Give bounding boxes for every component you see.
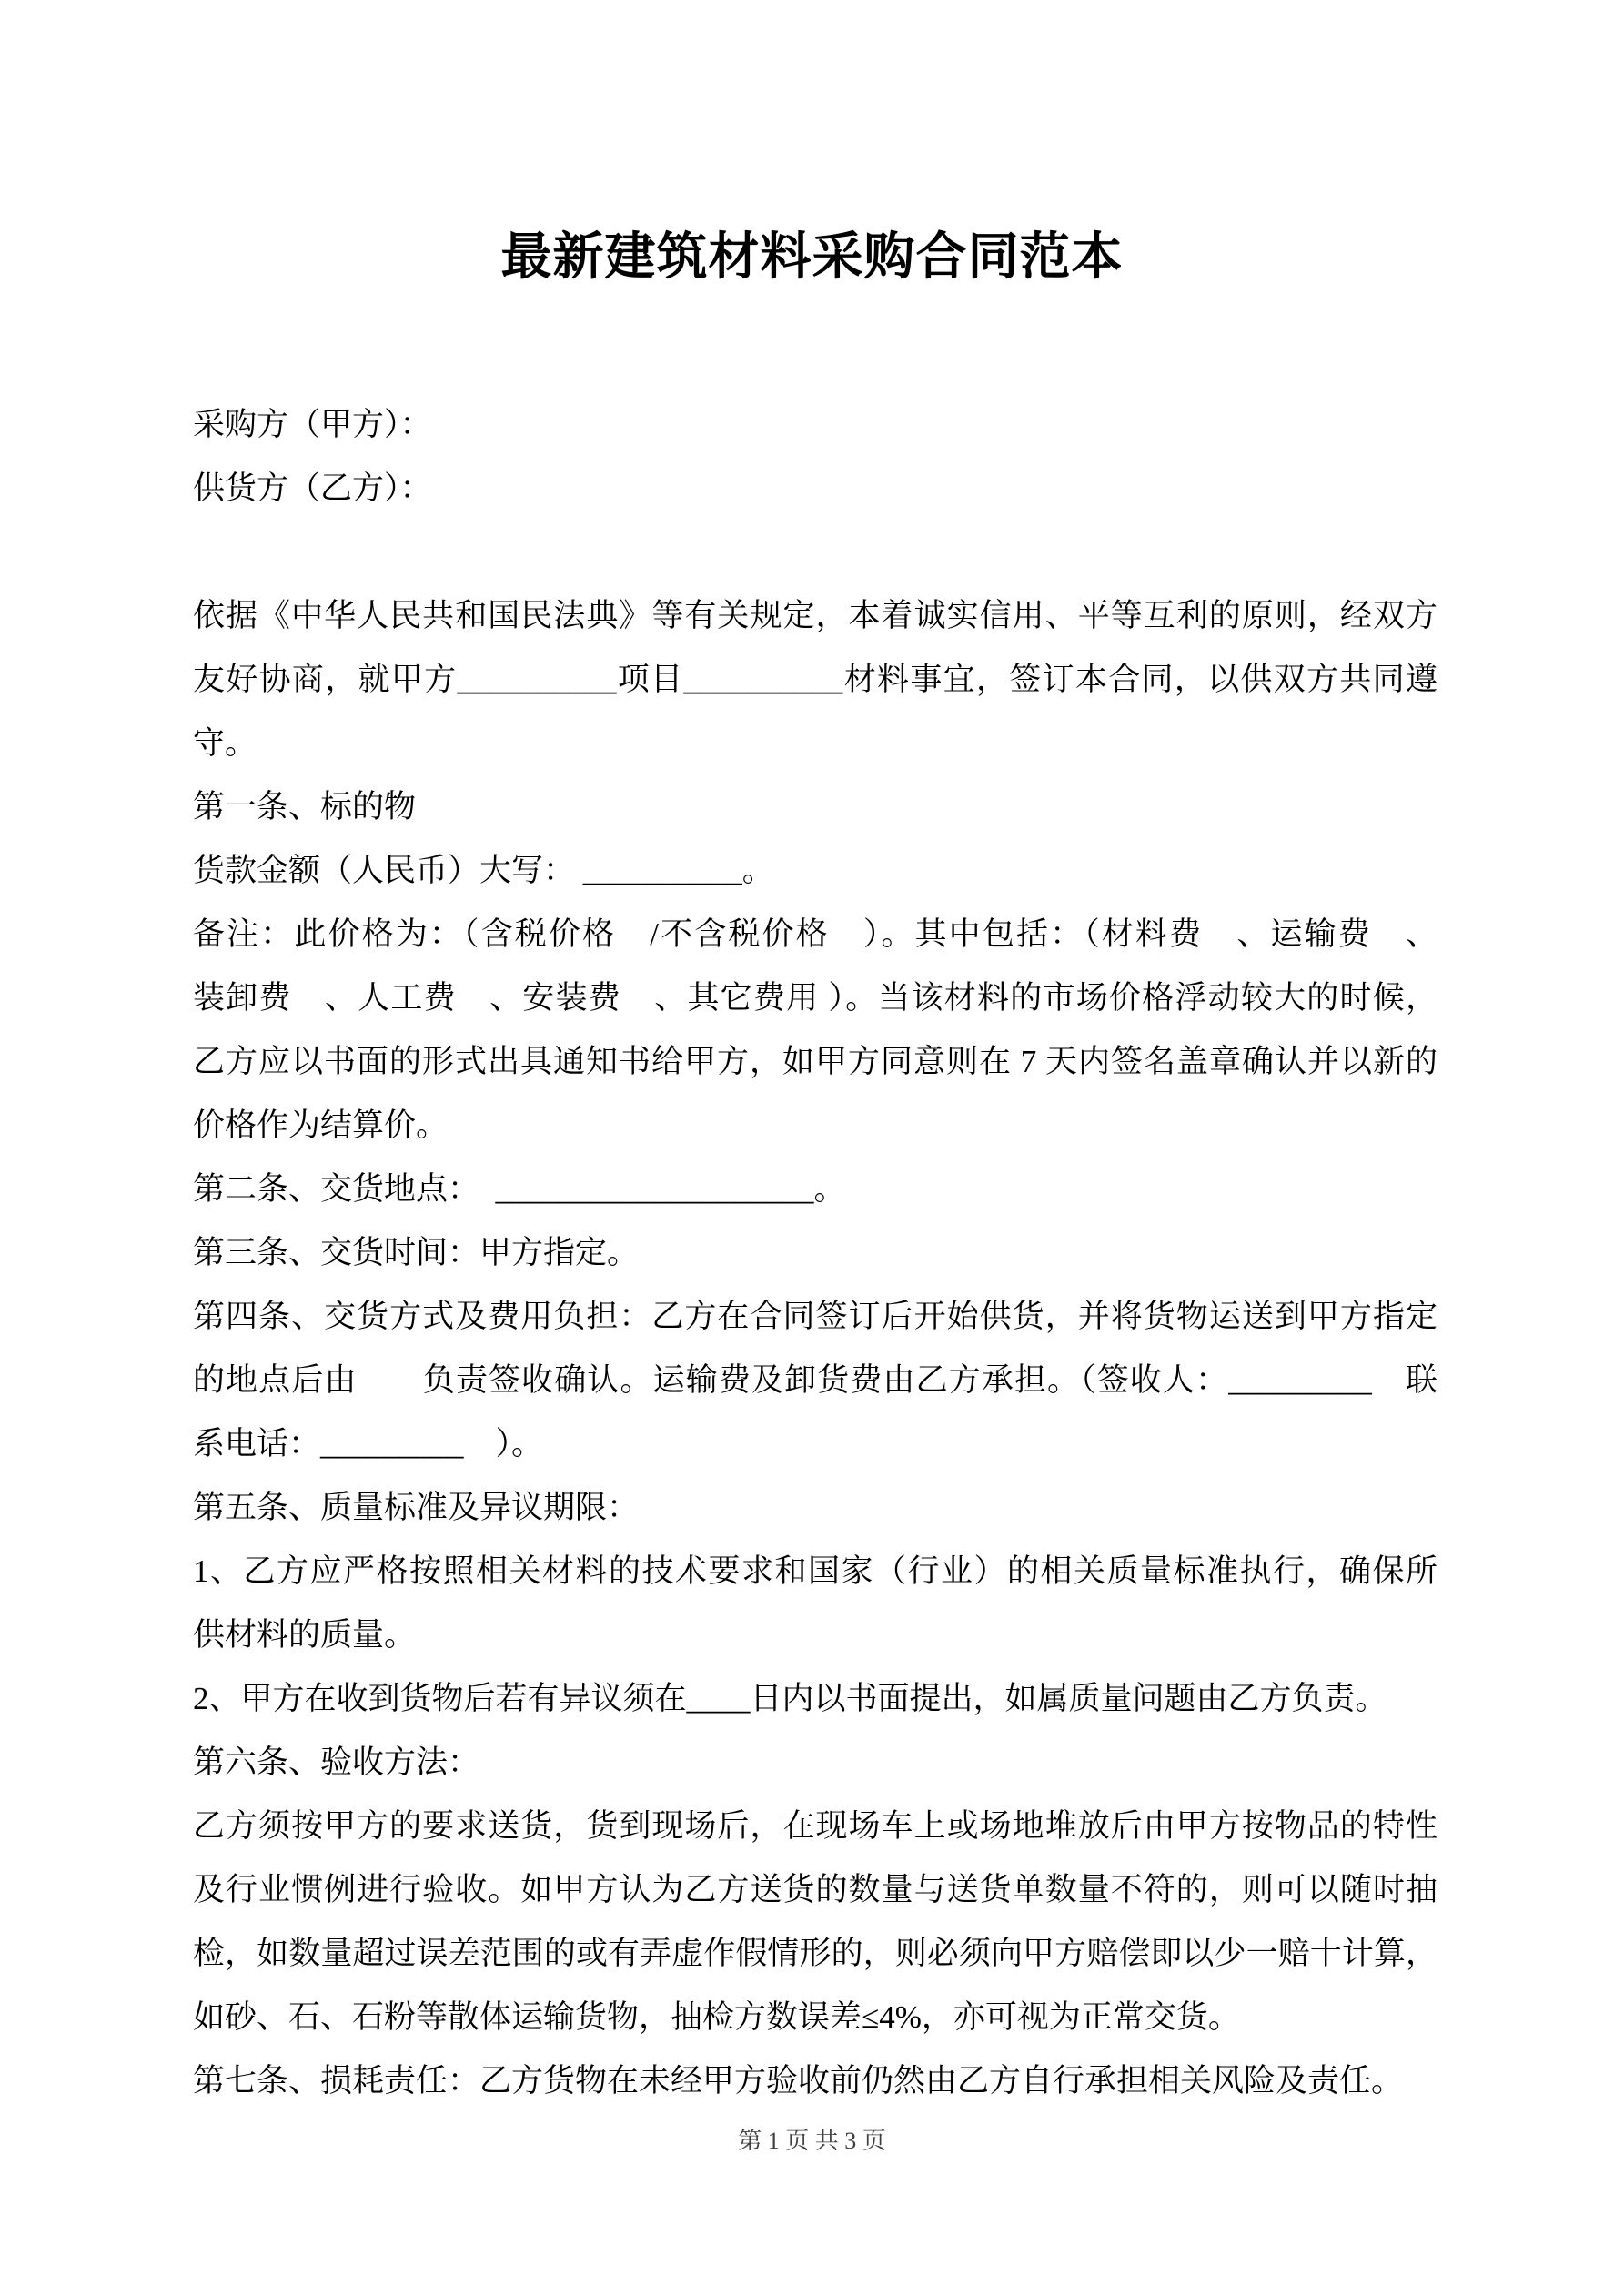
payment-amount-line: 货款金额（人民币）大写： __________。	[193, 839, 1437, 903]
preamble-line-3: 守。	[193, 712, 1437, 775]
price-note-line-3: 乙方应以书面的形式出具通知书给甲方，如甲方同意则在 7 天内签名盖章确认并以新的	[193, 1030, 1437, 1094]
clause-6-body-line-4: 如砂、石、石粉等散体运输货物，抽检方数误差≤4%，亦可视为正常交货。	[193, 1986, 1437, 2049]
clause-5-heading: 第五条、质量标准及异议期限：	[193, 1476, 1437, 1540]
clause-5-item-1-line-2: 供材料的质量。	[193, 1603, 1437, 1667]
party-a-label: 采购方（甲方）：	[193, 393, 1437, 457]
document-title: 最新建筑材料采购合同范本	[0, 0, 1624, 286]
party-b-label: 供货方（乙方）：	[193, 457, 1437, 521]
preamble-line-2: 友好协商，就甲方__________项目__________材料事宜，签订本合同…	[193, 648, 1437, 712]
clause-6-heading: 第六条、验收方法：	[193, 1731, 1437, 1795]
contract-body: 采购方（甲方）： 供货方（乙方）： 依据《中华人民共和国民法典》等有关规定，本着…	[193, 393, 1437, 2113]
blank-line	[193, 521, 1437, 584]
price-note-line-1: 备注：此价格为：（含税价格 /不含税价格 ）。其中包括：（材料费 、运输费 、	[193, 903, 1437, 966]
preamble-line-1: 依据《中华人民共和国民法典》等有关规定，本着诚实信用、平等互利的原则，经双方	[193, 584, 1437, 648]
clause-6-body-line-3: 检，如数量超过误差范围的或有弄虚作假情形的，则必须向甲方赔偿即以少一赔十计算，	[193, 1922, 1437, 1986]
clause-3-delivery-time: 第三条、交货时间：甲方指定。	[193, 1221, 1437, 1285]
clause-6-body-line-1: 乙方须按甲方的要求送货，货到现场后，在现场车上或场地堆放后由甲方按物品的特性	[193, 1795, 1437, 1858]
price-note-line-2: 装卸费 、人工费 、安装费 、其它费用 ）。当该材料的市场价格浮动较大的时候，	[193, 966, 1437, 1030]
clause-2-delivery-place: 第二条、交货地点： ____________________。	[193, 1158, 1437, 1221]
clause-7-line: 第七条、损耗责任：乙方货物在未经甲方验收前仍然由乙方自行承担相关风险及责任。	[193, 2049, 1437, 2113]
clause-6-body-line-2: 及行业惯例进行验收。如甲方认为乙方送货的数量与送货单数量不符的，则可以随时抽	[193, 1858, 1437, 1922]
clause-4-line-2: 的地点后由 负责签收确认。运输费及卸货费由乙方承担。（签收人：_________…	[193, 1349, 1437, 1412]
page-number-footer: 第 1 页 共 3 页	[0, 2126, 1624, 2157]
clause-1-heading: 第一条、标的物	[193, 775, 1437, 839]
price-note-line-4: 价格作为结算价。	[193, 1094, 1437, 1158]
clause-4-line-1: 第四条、交货方式及费用负担：乙方在合同签订后开始供货，并将货物运送到甲方指定	[193, 1285, 1437, 1349]
clause-5-item-2: 2、甲方在收到货物后若有异议须在____日内以书面提出，如属质量问题由乙方负责。	[193, 1667, 1437, 1731]
clause-5-item-1-line-1: 1、乙方应严格按照相关材料的技术要求和国家（行业）的相关质量标准执行，确保所	[193, 1540, 1437, 1603]
clause-4-line-3: 系电话：_________ ）。	[193, 1412, 1437, 1476]
contract-document-page: 最新建筑材料采购合同范本 采购方（甲方）： 供货方（乙方）： 依据《中华人民共和…	[0, 0, 1624, 2296]
